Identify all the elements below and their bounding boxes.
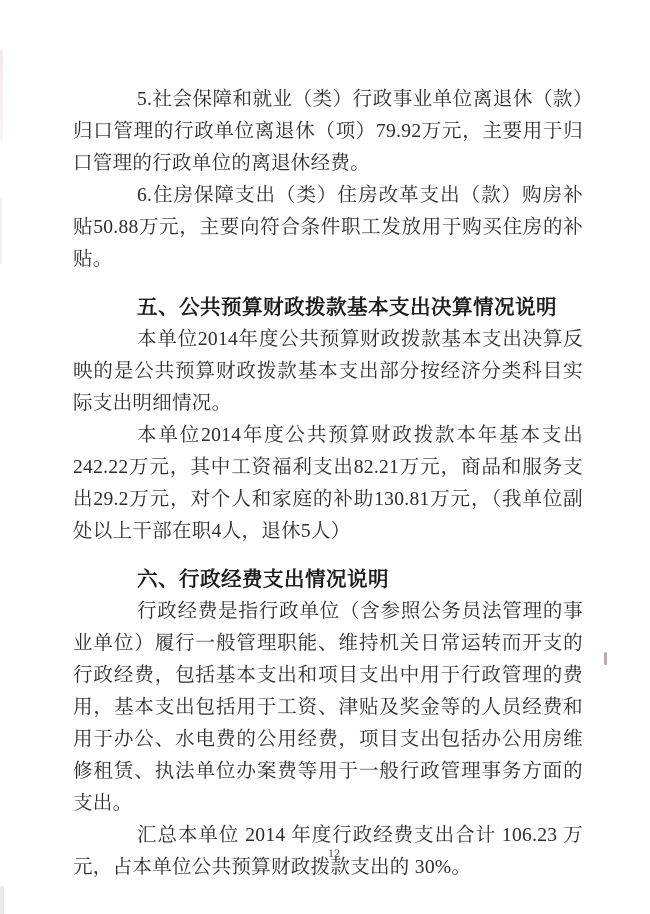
scan-speck [561, 698, 563, 701]
section-heading-five-basic-expenditure: 五、公共预算财政拨款基本支出决算情况说明 [73, 292, 583, 324]
paragraph-basic-expenditure-figures: 本单位2014年度公共预算财政拨款本年基本支出242.22万元，其中工资福利支出… [73, 420, 583, 548]
page-number: 12 [0, 846, 650, 861]
scan-edge-artifact [0, 50, 3, 142]
paragraph-housing-subsidy: 6.住房保障支出（类）住房改革支出（款）购房补贴50.88万元，主要向符合条件职… [73, 180, 583, 276]
section-heading-six-admin-expense: 六、行政经费支出情况说明 [73, 564, 583, 596]
scan-speck [563, 712, 565, 714]
document-page: 5.社会保障和就业（类）行政事业单位离退休（款）归口管理的行政单位离退休（项）7… [0, 0, 650, 914]
scan-edge-artifact [0, 198, 2, 264]
scan-mark [604, 652, 607, 665]
paragraph-social-security-retirement: 5.社会保障和就业（类）行政事业单位离退休（款）归口管理的行政单位离退休（项）7… [73, 84, 583, 180]
paragraph-basic-expenditure-intro: 本单位2014年度公共预算财政拨款基本支出决算反映的是公共预算财政拨款基本支出部… [73, 324, 583, 420]
document-body: 5.社会保障和就业（类）行政事业单位离退休（款）归口管理的行政单位离退休（项）7… [73, 0, 583, 884]
scan-edge-artifact [0, 886, 4, 914]
paragraph-admin-expense-definition: 行政经费是指行政单位（含参照公务员法管理的事业单位）履行一般管理职能、维持机关日… [73, 596, 583, 820]
